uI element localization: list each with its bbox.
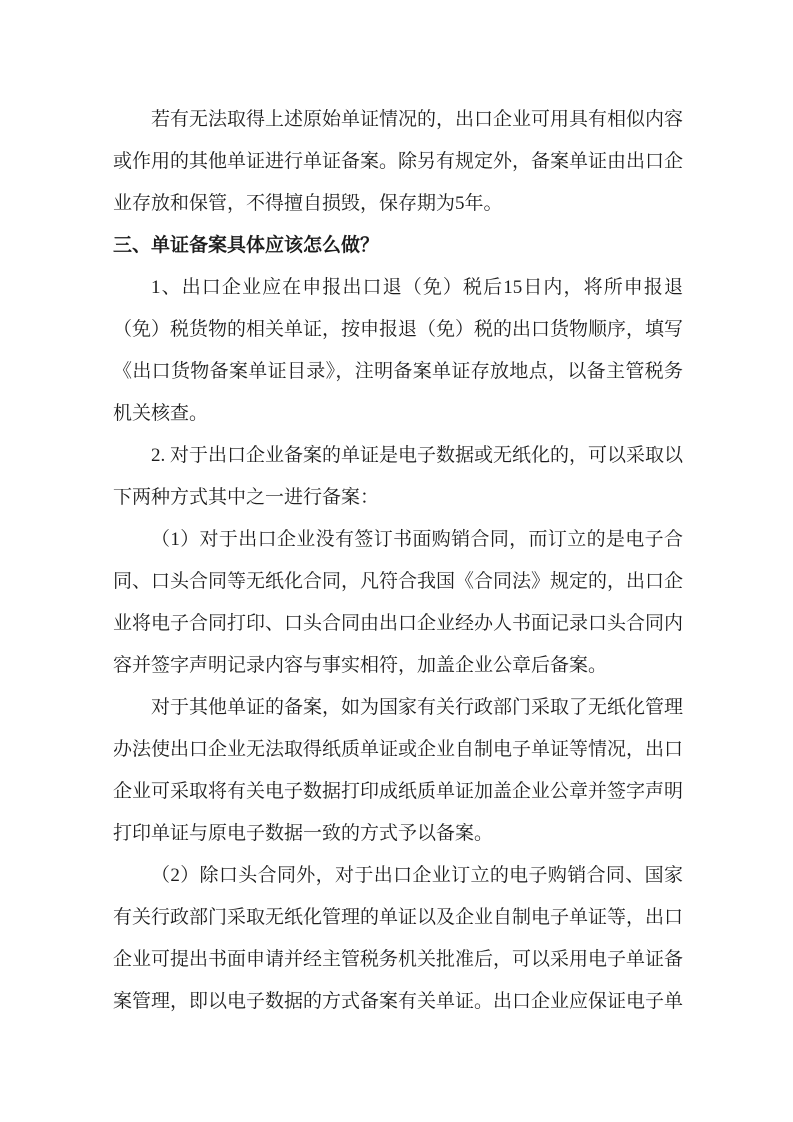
paragraph-method-1-print-and-sign: （1）对于出口企业没有签订书面购销合同，而订立的是电子合同、口头合同等无纸化合同… — [113, 519, 683, 687]
paragraph-other-documents-filing: 对于其他单证的备案，如为国家有关行政部门采取了无纸化管理办法使出口企业无法取得纸… — [113, 687, 683, 855]
section-heading: 三、单证备案具体应该怎么做？ — [113, 225, 683, 267]
paragraph-alternate-documents: 若有无法取得上述原始单证情况的，出口企业可用具有相似内容或作用的其他单证进行单证… — [113, 99, 683, 225]
document-page: 若有无法取得上述原始单证情况的，出口企业可用具有相似内容或作用的其他单证进行单证… — [0, 0, 793, 1122]
paragraph-step-1-filing-catalogue: 1、出口企业应在申报出口退（免）税后15日内，将所申报退（免）税货物的相关单证，… — [113, 267, 683, 435]
paragraph-method-2-electronic-filing: （2）除口头合同外，对于出口企业订立的电子购销合同、国家有关行政部门采取无纸化管… — [113, 855, 683, 1023]
paragraph-step-2-electronic-data: 2. 对于出口企业备案的单证是电子数据或无纸化的，可以采取以下两种方式其中之一进… — [113, 435, 683, 519]
